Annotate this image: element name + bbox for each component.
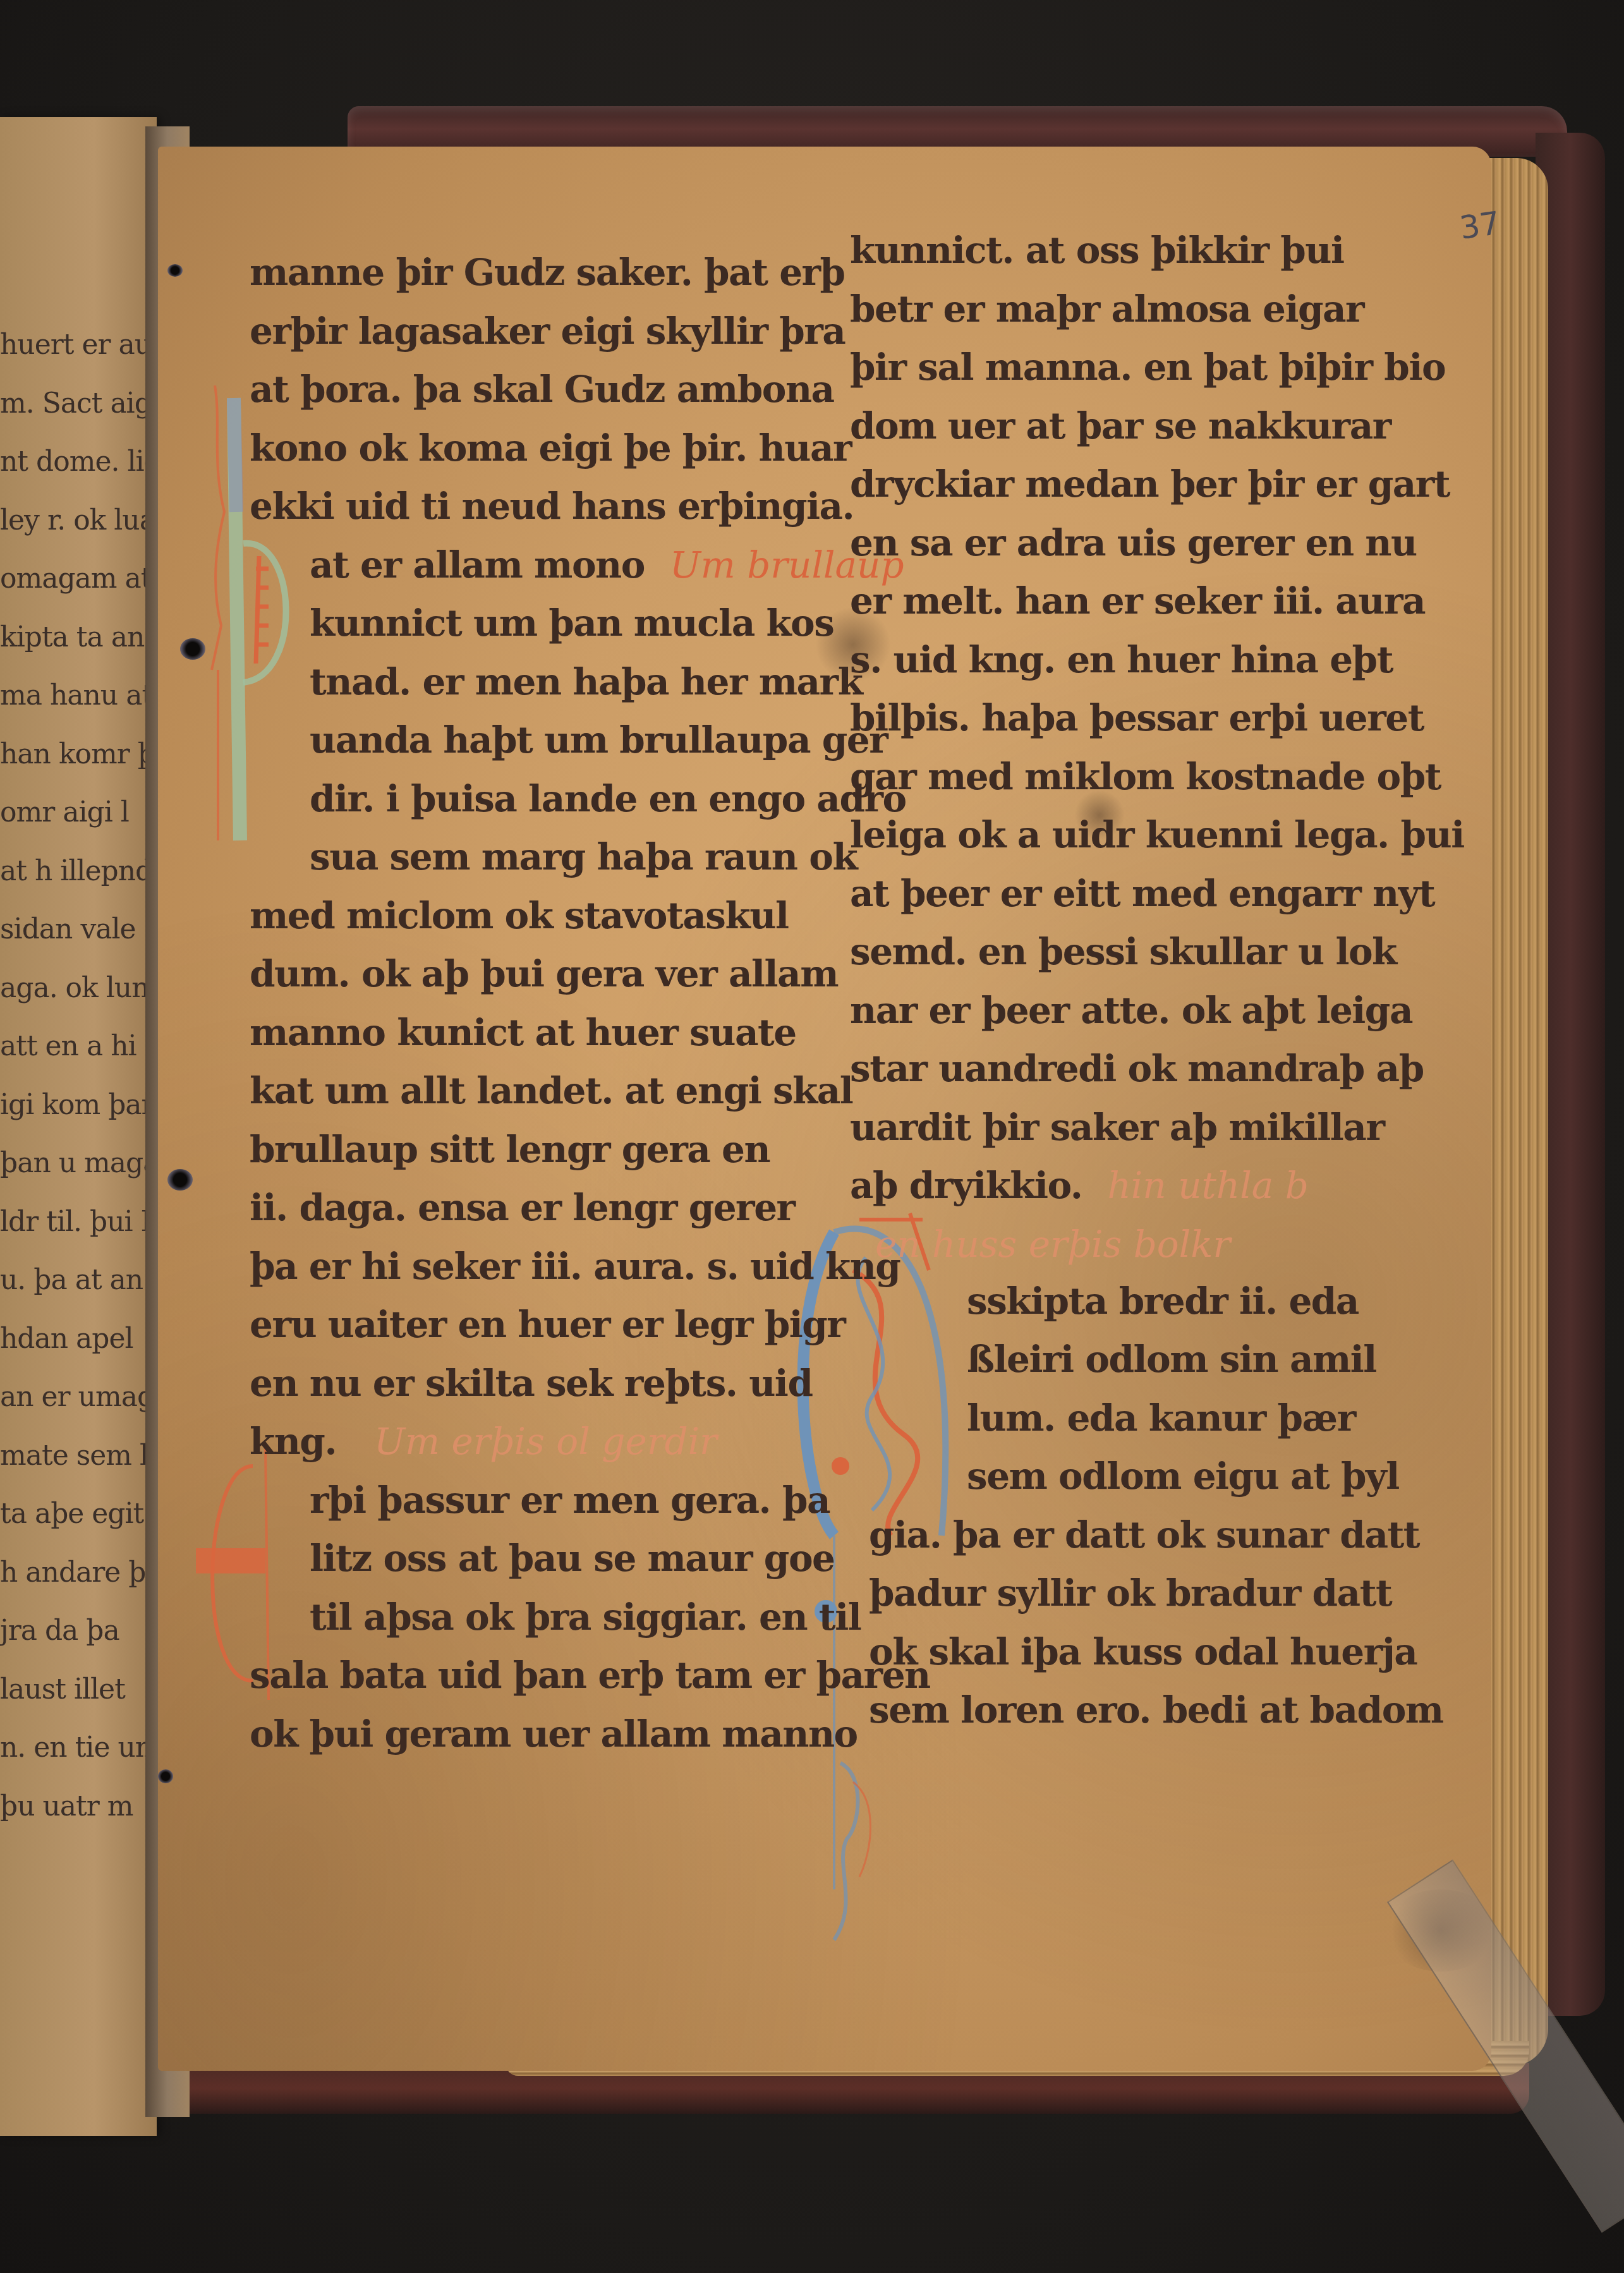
manuscript-line: kunnict. at oss þikkir þui	[850, 221, 1464, 280]
manuscript-line: manno kunict at huer suate	[250, 1003, 930, 1062]
sewing-hole	[180, 638, 205, 660]
manuscript-line: en nu er skilta sek reþts. uid	[250, 1354, 930, 1413]
sewing-hole	[167, 264, 183, 277]
line-text: dom uer at þar se nakkurar	[850, 404, 1391, 447]
verso-line: att en a hi	[0, 1017, 157, 1076]
verso-line: omr aigi l	[0, 784, 157, 842]
line-text: gia. þa er datt ok sunar datt	[869, 1513, 1419, 1556]
manuscript-line: med miclom ok stavotaskul	[250, 887, 930, 945]
rubric-heading: hin uthla b	[1107, 1164, 1308, 1207]
folio-number: 37	[1457, 205, 1502, 246]
line-text: sala bata uid þan erþ tam er þaren	[250, 1654, 930, 1697]
line-text: manne þir Gudz saker. þat erþ	[250, 251, 845, 294]
verso-text: huert er augm. Sact aigint dome. liettle…	[0, 316, 157, 1836]
line-text: bilþis. haþa þessar erþi ueret	[850, 696, 1424, 739]
manuscript-line: bilþis. haþa þessar erþi ueret	[850, 689, 1464, 748]
manuscript-line: kono ok koma eigi þe þir. huar	[250, 419, 930, 478]
manuscript-line: at þora. þa skal Gudz ambona	[250, 360, 930, 419]
line-text: er melt. han er seker iii. aura	[850, 579, 1425, 622]
manuscript-line: þir sal manna. en þat þiþir bio	[850, 338, 1464, 397]
rubric-line: en huss erþis bolkr	[850, 1215, 1464, 1272]
manuscript-line: dom uer at þar se nakkurar	[850, 397, 1464, 456]
line-text: eru uaiter en huer er legr þigr	[250, 1303, 845, 1346]
verso-line: m. Sact aigi	[0, 375, 157, 433]
manuscript-line: tnad. er men haþa her mark	[250, 653, 930, 712]
line-text: þa er hi seker iii. aura. s. uid kng	[250, 1245, 900, 1288]
line-text: rþi þassur er men gera. þa	[310, 1479, 830, 1522]
verso-line: þu uatr m	[0, 1778, 157, 1836]
manuscript-line: at þeer er eitt med engarr nyt	[850, 864, 1464, 923]
line-text: lum. eda kanur þær	[967, 1397, 1355, 1440]
manuscript-line: sem odlom eigu at þyl	[850, 1447, 1464, 1506]
line-text: uanda haþt um brullaupa ger	[310, 718, 887, 761]
verso-line: ta aþe egit	[0, 1485, 157, 1544]
line-text: sua sem marg haþa raun ok	[310, 835, 857, 878]
line-text: uardit þir saker aþ mikillar	[850, 1106, 1384, 1149]
line-text: at þeer er eitt med engarr nyt	[850, 872, 1434, 915]
verso-line: han komr þa	[0, 725, 157, 784]
verso-line: jra da þa	[0, 1602, 157, 1661]
line-text: þadur syllir ok bradur datt	[869, 1572, 1391, 1615]
line-text: betr er maþr almosa eigar	[850, 288, 1364, 330]
line-text: brullaup sitt lengr gera en	[250, 1128, 770, 1171]
manuscript-line: kng.Um erþis ol gerdir	[250, 1412, 930, 1471]
manuscript-line: star uandredi ok mandraþ aþ	[850, 1040, 1464, 1098]
verso-line: aga. ok lun	[0, 959, 157, 1018]
verso-line: an er umag	[0, 1368, 157, 1427]
line-text: manno kunict at huer suate	[250, 1011, 796, 1054]
manuscript-line: uanda haþt um brullaupa ger	[250, 711, 930, 770]
line-text: ok skal iþa kuss odal huerja	[869, 1630, 1417, 1673]
line-text: þir sal manna. en þat þiþir bio	[850, 346, 1445, 389]
verso-line: igi kom þar	[0, 1076, 157, 1135]
manuscript-line: þa er hi seker iii. aura. s. uid kng	[250, 1237, 930, 1296]
line-text: ekki uid ti neud hans erþingia.	[250, 485, 854, 528]
manuscript-line: sua sem marg haþa raun ok	[250, 828, 930, 887]
verso-line: at h illepnd	[0, 842, 157, 901]
verso-line: nt dome. liett	[0, 433, 157, 492]
line-text: semd. en þessi skullar u lok	[850, 930, 1397, 973]
line-text: en nu er skilta sek reþts. uid	[250, 1362, 812, 1405]
manuscript-line: litz oss at þau se maur goe	[250, 1529, 930, 1588]
line-text: gar med miklom kostnade oþt	[850, 755, 1441, 798]
manuscript-line: kunnict um þan mucla kos	[250, 594, 930, 653]
manuscript-line: er melt. han er seker iii. aura	[850, 572, 1464, 631]
line-text: ok þui geram uer allam manno	[250, 1712, 857, 1755]
rubric-heading: en huss erþis bolkr	[875, 1223, 1230, 1266]
text-column-a: manne þir Gudz saker. þat erþerþir lagas…	[250, 243, 930, 1763]
verso-line: mate sem bo	[0, 1427, 157, 1486]
verso-line: omagam at la	[0, 550, 157, 609]
verso-line: huert er aug	[0, 316, 157, 375]
line-text: kono ok koma eigi þe þir. huar	[250, 427, 851, 470]
line-text: dir. i þuisa lande en engo adro	[310, 777, 906, 820]
manuscript-line: til aþsa ok þra siggiar. en til	[250, 1588, 930, 1647]
line-text: leiga ok a uidr kuenni lega. þui	[850, 813, 1464, 856]
manuscript-line: kat um allt landet. at engi skal	[250, 1062, 930, 1120]
line-text: til aþsa ok þra siggiar. en til	[310, 1596, 861, 1639]
verso-line: sidan vale	[0, 900, 157, 959]
line-text: s. uid kng. en huer hina eþt	[850, 638, 1393, 681]
line-text: erþir lagasaker eigi skyllir þra	[250, 310, 845, 353]
line-text: ii. daga. ensa er lengr gerer	[250, 1186, 795, 1229]
verso-line: ldr til. þui La	[0, 1193, 157, 1252]
manuscript-line: uardit þir saker aþ mikillar	[850, 1098, 1464, 1157]
verso-line: ma hanu atu	[0, 667, 157, 725]
line-text: aþ dryikkio.	[850, 1164, 1082, 1207]
line-text: ßleiri odlom sin amil	[967, 1338, 1376, 1381]
manuscript-line: sskipta bredr ii. eda	[850, 1272, 1464, 1331]
manuscript-line: sala bata uid þan erþ tam er þaren	[250, 1646, 930, 1705]
line-text: at þora. þa skal Gudz ambona	[250, 368, 834, 411]
manuscript-line: dum. ok aþ þui gera ver allam	[250, 945, 930, 1003]
manuscript-line: ok skal iþa kuss odal huerja	[850, 1623, 1464, 1682]
sewing-hole	[158, 1769, 173, 1783]
manuscript-line: lum. eda kanur þær	[850, 1389, 1464, 1448]
manuscript-line: sem loren ero. bedi at badom	[850, 1681, 1464, 1740]
manuscript-line: gar med miklom kostnade oþt	[850, 748, 1464, 806]
manuscript-line: ekki uid ti neud hans erþingia.	[250, 477, 930, 536]
text-column-b: kunnict. at oss þikkir þuibetr er maþr a…	[850, 221, 1464, 1740]
verso-line: laust illet	[0, 1661, 157, 1719]
verso-line: h andare þa	[0, 1544, 157, 1603]
manuscript-line: eru uaiter en huer er legr þigr	[250, 1295, 930, 1354]
manuscript-line: dir. i þuisa lande en engo adro	[250, 770, 930, 828]
manuscript-line: ßleiri odlom sin amil	[850, 1330, 1464, 1389]
manuscript-line: ii. daga. ensa er lengr gerer	[250, 1179, 930, 1237]
manuscript-line: ok þui geram uer allam manno	[250, 1705, 930, 1764]
manuscript-line: semd. en þessi skullar u lok	[850, 923, 1464, 981]
line-text: sskipta bredr ii. eda	[967, 1280, 1359, 1323]
line-text: star uandredi ok mandraþ aþ	[850, 1047, 1424, 1090]
line-text: dryckiar medan þer þir er gart	[850, 463, 1450, 506]
line-text: nar er þeer atte. ok aþt leiga	[850, 989, 1412, 1032]
verso-line: kipta ta an	[0, 609, 157, 667]
line-text: kunnict um þan mucla kos	[310, 602, 833, 645]
line-text: at er allam mono	[310, 543, 645, 586]
manuscript-line: þadur syllir ok bradur datt	[850, 1564, 1464, 1623]
manuscript-line: erþir lagasaker eigi skyllir þra	[250, 302, 930, 361]
manuscript-line: dryckiar medan þer þir er gart	[850, 455, 1464, 514]
verso-page-fragment: huert er augm. Sact aigint dome. liettle…	[0, 117, 157, 2136]
manuscript-line: gia. þa er datt ok sunar datt	[850, 1506, 1464, 1565]
manuscript-line: nar er þeer atte. ok aþt leiga	[850, 981, 1464, 1040]
manuscript-line: brullaup sitt lengr gera en	[250, 1120, 930, 1179]
line-text: litz oss at þau se maur goe	[310, 1537, 835, 1580]
verso-line: hdan apel	[0, 1310, 157, 1369]
manuscript-line: manne þir Gudz saker. þat erþ	[250, 243, 930, 302]
manuscript-line: rþi þassur er men gera. þa	[250, 1471, 930, 1530]
line-text: en sa er adra uis gerer en nu	[850, 521, 1417, 564]
manuscript-line: aþ dryikkio.hin uthla b	[850, 1156, 1464, 1215]
verso-line: ley r. ok luarg l	[0, 492, 157, 550]
line-text: dum. ok aþ þui gera ver allam	[250, 952, 838, 995]
manuscript-line: at er allam monoUm brullaup	[250, 536, 930, 595]
manuscript-line: betr er maþr almosa eigar	[850, 280, 1464, 339]
sewing-hole	[167, 1169, 193, 1191]
verso-line: u. þa at an	[0, 1251, 157, 1310]
line-text: sem odlom eigu at þyl	[967, 1455, 1399, 1498]
rubric-heading: Um erþis ol gerdir	[374, 1420, 717, 1463]
manuscript-line: s. uid kng. en huer hina eþt	[850, 631, 1464, 689]
line-text: kat um allt landet. at engi skal	[250, 1069, 852, 1112]
manuscript-line: en sa er adra uis gerer en nu	[850, 514, 1464, 573]
line-text: kng.	[250, 1420, 336, 1463]
verso-line: þan u maga e	[0, 1134, 157, 1193]
manuscript-line: leiga ok a uidr kuenni lega. þui	[850, 806, 1464, 864]
verso-line: n. en tie um	[0, 1719, 157, 1778]
line-text: sem loren ero. bedi at badom	[869, 1688, 1443, 1731]
line-text: kunnict. at oss þikkir þui	[850, 229, 1343, 272]
line-text: med miclom ok stavotaskul	[250, 894, 788, 937]
line-text: tnad. er men haþa her mark	[310, 660, 862, 703]
